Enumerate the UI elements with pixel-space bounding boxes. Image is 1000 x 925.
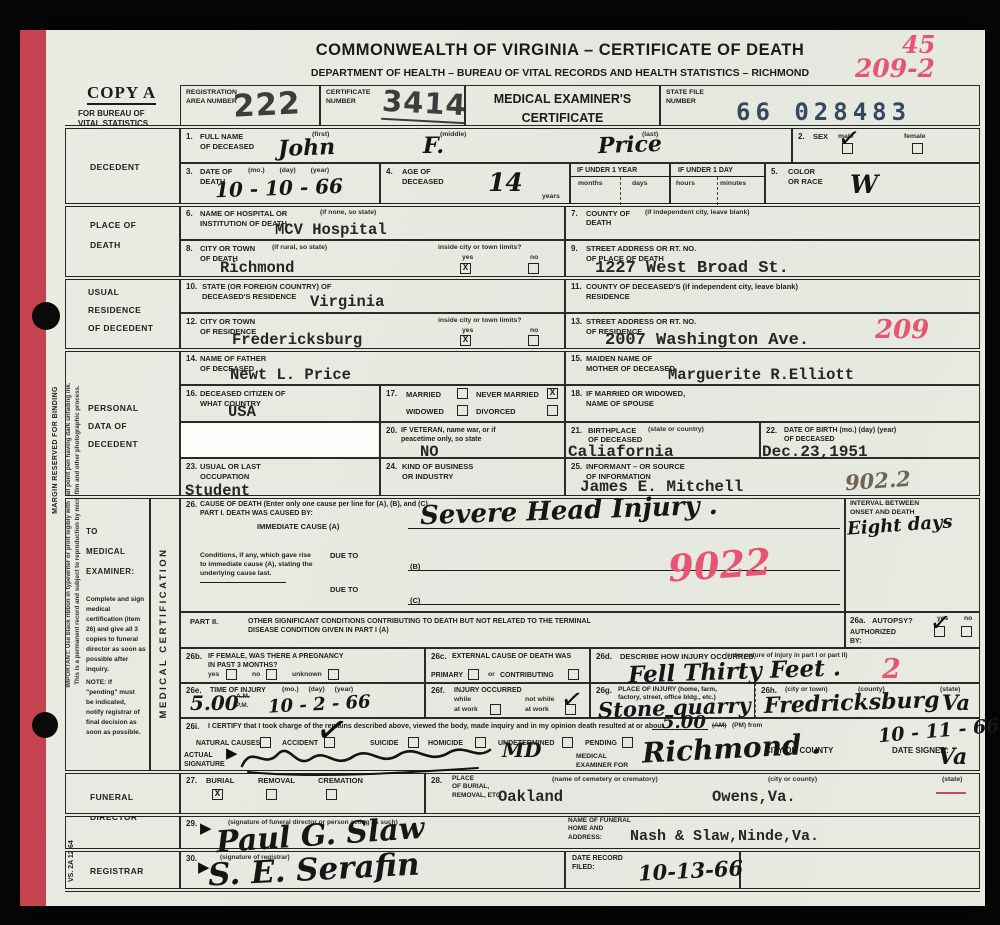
field-26b-label: IF FEMALE, WAS THERE A PREGNANCY IN PAST… — [208, 652, 344, 670]
married-checkbox — [457, 388, 468, 399]
field-15-number: 15. — [571, 354, 582, 363]
field-26b-number: 26b. — [186, 652, 202, 661]
section-decedent: DECEDENT — [90, 158, 140, 178]
city-of-death-value: Richmond — [220, 259, 294, 277]
pending-label: PENDING — [585, 739, 617, 748]
field-26-label: CAUSE OF DEATH (Enter only one cause per… — [200, 500, 430, 509]
field-27-number: 27. — [186, 776, 197, 785]
field-16-number: 16. — [186, 389, 197, 398]
field-20-label: IF VETERAN, name war, or if peacetime on… — [401, 426, 496, 444]
cremation-checkbox — [326, 789, 337, 800]
field-3-number: 3. — [186, 167, 193, 176]
md-suffix: MD — [502, 738, 541, 762]
field-18-label: IF MARRIED OR WIDOWED, NAME OF SPOUSE — [586, 389, 685, 409]
while-label: while — [454, 696, 471, 703]
cause-a-line — [408, 528, 840, 529]
mother-name-value: Marguerite R.Elliott — [668, 366, 854, 384]
field-25-number: 25. — [571, 462, 582, 471]
autopsy-checkmark: ✓ — [929, 607, 953, 638]
race-value: W — [850, 170, 878, 199]
red-annotation-209-2: 209-2 — [855, 54, 935, 83]
death-time-line — [652, 729, 708, 730]
under-1-year-label: IF UNDER 1 YEAR — [577, 166, 637, 175]
cause-b-line — [408, 570, 840, 571]
injury-state-value: Va — [942, 690, 970, 715]
father-name-value: Newt L. Price — [230, 366, 351, 384]
citizenship-value: USA — [228, 403, 256, 421]
conditions-note: Conditions, if any, which gave rise to i… — [200, 552, 313, 578]
pregnancy-yes-label: yes — [208, 671, 219, 678]
red-annotation-209: 209 — [875, 315, 929, 345]
section-usual-residence: USUAL RESIDENCE OF DECEDENT — [88, 284, 153, 338]
pregnancy-unknown-label: unknown — [292, 671, 322, 678]
part-ii-label: PART II. — [190, 617, 218, 627]
pm-label: P.M. — [236, 702, 249, 709]
field-26i-number: 26i. — [186, 722, 199, 731]
section-divider — [65, 770, 980, 774]
copy-a-label: COPY A — [87, 83, 156, 105]
section-personal-data: PERSONAL DATA OF DECEDENT — [88, 400, 138, 454]
autopsy-label: AUTOPSY? — [872, 616, 913, 626]
medical-examiner-signature-scrawl — [238, 740, 498, 774]
redacted-field-19 — [181, 423, 378, 457]
hospital-value: MCV Hospital — [275, 221, 387, 239]
part-i-label: PART I. DEATH WAS CAUSED BY: — [200, 509, 313, 518]
section-place-of-death: PLACE OF DEATH — [90, 216, 136, 255]
field-12-yes-checkbox: X — [460, 335, 471, 346]
authorized-by-label: AUTHORIZED BY: — [850, 628, 896, 646]
field-4-number: 4. — [386, 167, 393, 176]
widowed-checkbox — [457, 405, 468, 416]
address-of-death-value: 1227 West Broad St. — [595, 259, 789, 278]
while-at-work-label: at work — [454, 706, 478, 713]
field-1-label: FULL NAME OF DECEASED — [200, 132, 254, 152]
field-26c-number: 26c. — [431, 652, 447, 661]
age-years-unit: years — [542, 193, 560, 200]
section-registrar: REGISTRAR — [90, 862, 144, 882]
dashed-divider — [717, 177, 718, 205]
certify-statement: I CERTIFY that I took charge of the rema… — [208, 722, 664, 731]
field-26a-number: 26a. — [850, 616, 866, 625]
first-name-value: John — [278, 134, 336, 162]
pending-note: NOTE: If "pending" must be indicated, no… — [86, 678, 144, 738]
field-10-number: 10. — [186, 282, 197, 291]
section-divider — [65, 276, 980, 280]
field-11-number: 11. — [571, 282, 582, 291]
field-12-no-label: no — [530, 327, 538, 334]
field-3-format-hint: (mo.) (day) (year) — [248, 167, 329, 174]
state-file-label: STATE FILE NUMBER — [666, 89, 704, 107]
veteran-value: NO — [420, 443, 439, 461]
red-mark — [936, 792, 966, 794]
hole-punch — [32, 712, 58, 738]
primary-checkbox — [468, 669, 479, 680]
field-24-label: KIND OF BUSINESS OR INDUSTRY — [402, 462, 473, 482]
funeral-home-label: NAME OF FUNERAL HOME AND ADDRESS: — [568, 817, 631, 842]
field-13-number: 13. — [571, 317, 582, 326]
last-name-value: Price — [598, 131, 663, 159]
cemetery-hint: (name of cemetery or crematory) — [552, 776, 658, 783]
field-1-number: 1. — [186, 132, 193, 141]
funeral-home-value: Nash & Slaw,Ninde,Va. — [630, 828, 819, 845]
burial-state-hint: (state) — [942, 776, 962, 783]
removal-label: REMOVAL — [258, 776, 295, 786]
section-funeral-director: FUNERAL DIRECTOR — [90, 788, 137, 827]
field-18-number: 18. — [571, 389, 582, 398]
sex-female-label: female — [904, 133, 926, 140]
primary-label: PRIMARY — [431, 671, 463, 680]
birthplace-value: Caliafornia — [568, 443, 674, 461]
signature-arrow-icon: ▶ — [226, 744, 238, 762]
field-15-label: MAIDEN NAME OF MOTHER OF DECEASED — [586, 354, 675, 374]
pregnancy-unknown-checkbox — [328, 669, 339, 680]
city-of-residence-value: Fredericksburg — [232, 331, 362, 349]
burial-label: BURIAL — [206, 776, 234, 786]
field-11-label: COUNTY OF DECEASED'S (if independent cit… — [586, 282, 798, 302]
field-26g-number: 26g. — [596, 686, 612, 695]
cemetery-value: Oakland — [498, 788, 563, 806]
field-8-yes-checkbox: X — [460, 263, 471, 274]
sex-male-checkmark: ✓ — [836, 123, 862, 156]
part-ii-text: OTHER SIGNIFICANT CONDITIONS CONTRIBUTIN… — [248, 617, 591, 635]
section-divider — [65, 203, 980, 207]
cause-c-line — [408, 604, 840, 605]
married-label: MARRIED — [406, 390, 441, 400]
field-8-no-checkbox — [528, 263, 539, 274]
not-while-label: not while — [525, 696, 554, 703]
field-26-number: 26. — [186, 500, 197, 509]
field-29-number: 29. — [186, 819, 197, 828]
field-8-no-label: no — [530, 254, 538, 261]
state-of-residence-value: Virginia — [310, 293, 384, 311]
field-5-label: COLOR OR RACE — [788, 167, 823, 187]
certificate-title: COMMONWEALTH OF VIRGINIA – CERTIFICATE O… — [160, 41, 960, 60]
contributing-checkbox — [568, 669, 579, 680]
occupation-value: Student — [185, 482, 250, 500]
sex-female-checkbox — [912, 143, 923, 154]
due-to-label-c: DUE TO — [330, 585, 358, 595]
pregnancy-yes-checkbox — [226, 669, 237, 680]
middle-name-value: F. — [423, 133, 444, 159]
under-1-day-label: IF UNDER 1 DAY — [678, 166, 733, 175]
burial-city-hint: (city or county) — [768, 776, 817, 783]
certificate-number: 3414 — [381, 84, 467, 124]
burial-city-value: Owens,Va. — [712, 788, 796, 806]
divorced-checkbox — [547, 405, 558, 416]
section-divider — [65, 848, 980, 852]
undetermined-checkbox — [562, 737, 573, 748]
binding-red-band — [20, 30, 46, 906]
age-value: 14 — [488, 168, 523, 197]
field-7-label2: DEATH — [586, 218, 611, 228]
field-24-number: 24. — [386, 462, 397, 471]
field-23-number: 23. — [186, 462, 197, 471]
certificate-number-label: CERTIFICATE NUMBER — [326, 89, 370, 107]
field-9-number: 9. — [571, 244, 578, 253]
field-23-label: USUAL OR LAST OCCUPATION — [200, 462, 261, 482]
removal-checkbox — [266, 789, 277, 800]
autopsy-no-label: no — [964, 615, 972, 622]
registration-label: REGISTRATION AREA NUMBER — [186, 89, 237, 107]
pending-checkbox — [622, 737, 633, 748]
due-to-label-b: DUE TO — [330, 551, 358, 561]
field-6-number: 6. — [186, 209, 193, 218]
section-to-medical-examiner: TO MEDICAL EXAMINER: — [86, 522, 135, 582]
field-8-hint: (if rural, so state) — [272, 244, 327, 251]
state-file-number: 66 028483 — [736, 98, 911, 126]
residence-address-value: 2007 Washington Ave. — [605, 331, 809, 350]
medical-examiner-note: Complete and sign medical certification … — [86, 595, 146, 676]
field-26c-label: EXTERNAL CAUSE OF DEATH WAS — [452, 652, 571, 661]
minutes-label: minutes — [720, 180, 746, 187]
empty-cell — [740, 850, 980, 890]
days-label: days — [632, 180, 648, 187]
date-filed-label: DATE RECORD FILED: — [572, 854, 623, 872]
field-28-number: 28. — [431, 776, 442, 785]
field-12-yes-label: yes — [462, 327, 473, 334]
field-1-cell — [180, 128, 792, 163]
field-22-number: 22. — [766, 426, 777, 435]
never-married-checkbox: X — [547, 388, 558, 399]
field-26d-number: 26d. — [596, 652, 612, 661]
date-of-birth-value: Dec.23,1951 — [762, 443, 868, 461]
bottom-border — [65, 888, 980, 892]
margin-binding-label: MARGIN RESERVED FOR BINDING — [52, 290, 59, 610]
contributing-label: CONTRIBUTING — [500, 671, 554, 680]
medical-certification-vertical-label: MEDICAL CERTIFICATION — [158, 503, 169, 763]
medical-examiner-state-value: Va — [938, 744, 967, 770]
field-17-number: 17. — [386, 389, 397, 398]
time-of-injury-value: 5.00 — [190, 691, 239, 715]
immediate-cause-label: IMMEDIATE CAUSE (A) — [257, 522, 339, 532]
autopsy-no-checkbox — [961, 626, 972, 637]
field-26f-label: INJURY OCCURRED — [454, 686, 522, 695]
field-28-label: PLACE OF BURIAL, REMOVAL, ETC. — [452, 775, 502, 800]
field-30-number: 30. — [186, 854, 197, 863]
date-of-death-value: 10 - 10 - 66 — [215, 174, 344, 202]
field-5-number: 5. — [771, 167, 778, 176]
pencil-annotation-9022: 902.2 — [844, 466, 911, 496]
never-married-label: NEVER MARRIED — [476, 390, 539, 400]
field-8-limits-label: inside city or town limits? — [438, 244, 521, 251]
not-at-work-label: at work — [525, 706, 549, 713]
medical-examiner-for-label: MEDICAL EXAMINER FOR — [576, 753, 628, 771]
am-paren-struck: (AM) — [712, 722, 726, 729]
field-26f-number: 26f. — [431, 686, 445, 695]
field-21-hint: (state or country) — [648, 426, 704, 433]
burial-checkbox: X — [212, 789, 223, 800]
pregnancy-no-checkbox — [266, 669, 277, 680]
field-7-hint: (if independent city, leave blank) — [645, 209, 750, 216]
pregnancy-no-label: no — [252, 671, 260, 678]
actual-signature-label: ACTUAL SIGNATURE — [184, 751, 225, 769]
divorced-label: DIVORCED — [476, 407, 516, 417]
certificate-type: MEDICAL EXAMINER'S CERTIFICATE — [470, 90, 655, 129]
field-2-label: SEX — [813, 132, 828, 142]
death-certificate-paper: MARGIN RESERVED FOR BINDING IMPORTANT: U… — [20, 30, 985, 906]
months-label: months — [578, 180, 603, 187]
hours-label: hours — [676, 180, 695, 187]
cremation-label: CREMATION — [318, 776, 363, 786]
field-22-label: DATE OF BIRTH (mo.) (day) (year) — [784, 426, 896, 435]
hole-punch — [32, 302, 60, 330]
or-label: or — [488, 671, 495, 678]
red-code-9022: 9022 — [667, 539, 773, 590]
field-6-hint: (if none, so state) — [320, 209, 376, 216]
field-4-label: AGE OF DECEASED — [402, 167, 444, 187]
field-12-number: 12. — [186, 317, 197, 326]
field-20-number: 20. — [386, 426, 397, 435]
under-header-rule — [570, 176, 765, 177]
field-7-number: 7. — [571, 209, 578, 218]
while-at-work-checkbox — [490, 704, 501, 715]
widowed-label: WIDOWED — [406, 407, 444, 417]
red-annotation-2: 2 — [882, 654, 901, 685]
pm-from-label: (PM) from — [732, 722, 762, 729]
registration-number: 222 — [232, 85, 302, 124]
field-8-yes-label: yes — [462, 254, 473, 261]
conditions-underline — [200, 582, 286, 583]
field-12-no-checkbox — [528, 335, 539, 346]
field-2-number: 2. — [798, 132, 805, 141]
section-divider — [65, 813, 980, 817]
am-label-struck: A.M. — [236, 693, 250, 700]
field-14-number: 14. — [186, 354, 197, 363]
section-divider — [65, 348, 980, 352]
field-12-limits-label: inside city or town limits? — [438, 317, 521, 324]
field-21-number: 21. — [571, 426, 582, 435]
certificate-subtitle: DEPARTMENT OF HEALTH – BUREAU OF VITAL R… — [160, 67, 960, 79]
field-8-number: 8. — [186, 244, 193, 253]
signature-arrow-icon: ▶ — [200, 819, 212, 837]
dashed-divider — [620, 177, 621, 205]
